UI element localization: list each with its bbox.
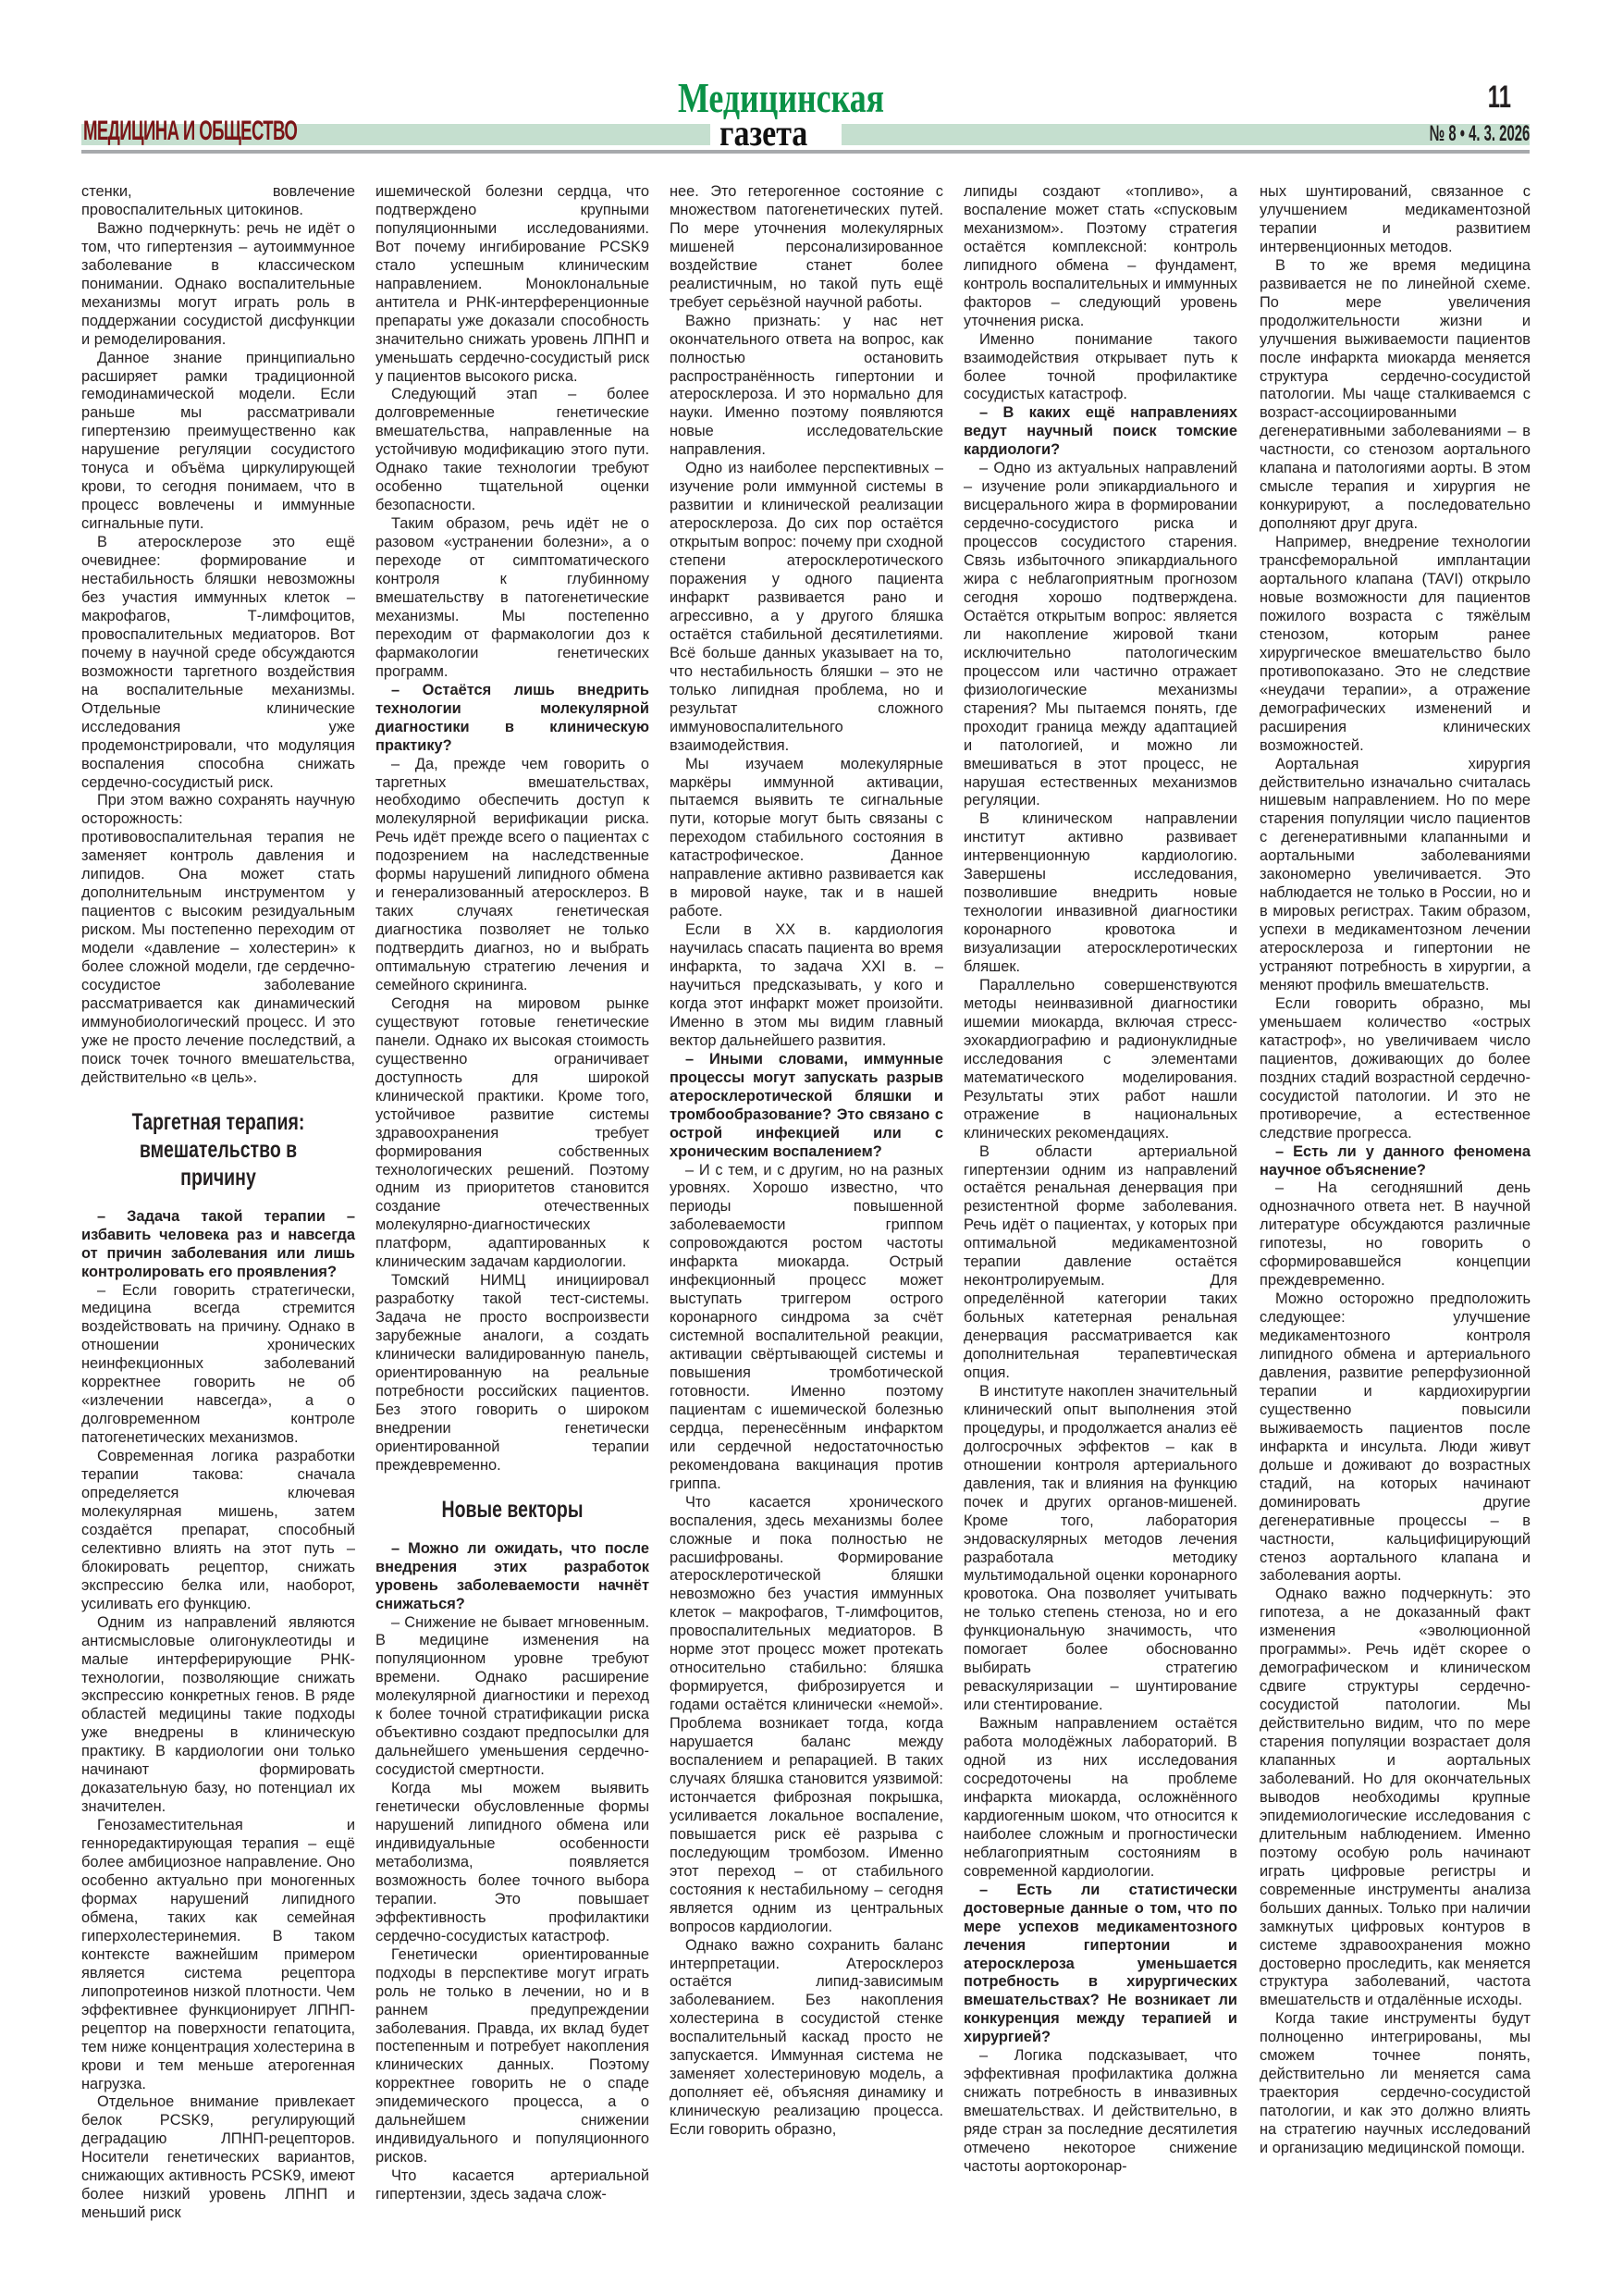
paragraph-continued: ишемической болезни сердца, что подтверж…	[375, 183, 649, 386]
paragraph: – Да, прежде чем говорить о таргетных вм…	[375, 756, 649, 995]
section-title: МЕДИЦИНА И ОБЩЕСТВО	[83, 115, 297, 148]
paragraph: Генозаместительная и генноредактирующая …	[81, 1817, 355, 2093]
section-heading: Таргетная терапия: вмешательство в причи…	[112, 1108, 326, 1191]
paragraph: Что касается артериальной гипертензии, з…	[375, 2167, 649, 2204]
paragraph: – Если говорить стратегически, медицина …	[81, 1282, 355, 1449]
paragraph: Важно подчеркнуть: речь не идёт о том, ч…	[81, 220, 355, 350]
issue-date: № 8 • 4. 3. 2026	[1429, 121, 1530, 147]
paragraph: Мы изучаем молекулярные маркёры иммунной…	[670, 756, 943, 922]
paragraph: Аортальная хирургия действительно изнача…	[1260, 756, 1531, 995]
paragraph: – Одно из актуальных направлений – изуче…	[964, 460, 1237, 810]
paragraph: Отдельное внимание привлекает белок PCSK…	[81, 2093, 355, 2223]
paragraph: В атеросклерозе это ещё очевиднее: форми…	[81, 534, 355, 792]
paragraph: Однако важно сохранить баланс интерпрета…	[670, 1937, 943, 2140]
paragraph: Следующий этап – более долговременные ге…	[375, 386, 649, 515]
interview-question: – Есть ли статистически достоверные данн…	[964, 1882, 1237, 2048]
article-column-5: ных шунтирований, связанное с улучшением…	[1260, 183, 1531, 2158]
paragraph-continued: ных шунтирований, связанное с улучшением…	[1260, 183, 1531, 257]
paragraph: Параллельно совершенствуются методы неин…	[964, 977, 1237, 1143]
interview-question: – Есть ли у данного феномена научное объ…	[1260, 1143, 1531, 1180]
page-number: 11	[1488, 80, 1511, 115]
interview-question: – Задача такой терапии – избавить челове…	[81, 1208, 355, 1282]
paragraph: Важно признать: у нас нет окончательного…	[670, 313, 943, 461]
interview-question: – Иными словами, иммунные процессы могут…	[670, 1051, 943, 1162]
paragraph: В области артериальной гипертензии одним…	[964, 1143, 1237, 1383]
paragraph: Важным направлением остаётся работа моло…	[964, 1715, 1237, 1882]
masthead-subtitle: газета	[719, 113, 807, 154]
article-column-2: ишемической болезни сердца, что подтверж…	[375, 183, 649, 2204]
paragraph: В то же время медицина развивается не по…	[1260, 257, 1531, 534]
paragraph: Таким образом, речь идёт не о разовом «у…	[375, 515, 649, 682]
paragraph: Можно осторожно предположить следующее: …	[1260, 1290, 1531, 1586]
paragraph: Когда такие инструменты будут полноценно…	[1260, 2010, 1531, 2158]
paragraph: В клиническом направлении институт актив…	[964, 810, 1237, 977]
article-column-4: липиды создают «топливо», а воспаление м…	[964, 183, 1237, 2177]
article-column-3: нее. Это гетерогенное состояние с множес…	[670, 183, 943, 2140]
paragraph: Именно понимание такого взаимодействия о…	[964, 331, 1237, 405]
paragraph: – На сегодняшний день однозначного ответ…	[1260, 1179, 1531, 1290]
paragraph-continued: стенки, вовлечение провоспалительных цит…	[81, 183, 355, 220]
interview-question: – Остаётся лишь внедрить технологии моле…	[375, 682, 649, 756]
paragraph: – Снижение не бывает мгновенным. В медиц…	[375, 1614, 649, 1781]
paragraph: Одним из направлений являются антисмысло…	[81, 1614, 355, 1817]
paragraph-continued: липиды создают «топливо», а воспаление м…	[964, 183, 1237, 331]
paragraph: Например, внедрение технологии трансфемо…	[1260, 534, 1531, 755]
interview-question: – Можно ли ожидать, что после внедрения …	[375, 1540, 649, 1614]
paragraph: Что касается хронического воспаления, зд…	[670, 1494, 943, 1937]
paragraph: Данное знание принципиально расширяет ра…	[81, 350, 355, 535]
paragraph: Однако важно подчеркнуть: это гипотеза, …	[1260, 1586, 1531, 2010]
page-header: МЕДИЦИНА И ОБЩЕСТВО Медицинская газета 1…	[81, 0, 1530, 167]
paragraph: – Логика подсказывает, что эффективная п…	[964, 2047, 1237, 2177]
paragraph: Одно из наиболее перспективных – изучени…	[670, 460, 943, 755]
paragraph-continued: нее. Это гетерогенное состояние с множес…	[670, 183, 943, 313]
paragraph: Томский НИМЦ инициировал разработку тако…	[375, 1272, 649, 1475]
paragraph: Генетически ориентированные подходы в пе…	[375, 1946, 649, 2167]
article-column-1: стенки, вовлечение провоспалительных цит…	[81, 183, 355, 2223]
interview-question: – В каких ещё направлениях ведут научный…	[964, 404, 1237, 460]
paragraph: Если в XX в. кардиология научилась спаса…	[670, 921, 943, 1051]
section-heading: Новые векторы	[406, 1496, 620, 1524]
paragraph: Сегодня на мировом рынке существуют гото…	[375, 995, 649, 1272]
paragraph: Если говорить образно, мы уменьшаем коли…	[1260, 995, 1531, 1143]
paragraph: Современная логика разработки терапии та…	[81, 1448, 355, 1614]
paragraph: В институте накоплен значительный клинич…	[964, 1383, 1237, 1715]
paragraph: При этом важно сохранять научную осторож…	[81, 792, 355, 1087]
paragraph: Когда мы можем выявить генетически обусл…	[375, 1780, 649, 1946]
paragraph: – И с тем, и с другим, но на разных уров…	[670, 1162, 943, 1494]
